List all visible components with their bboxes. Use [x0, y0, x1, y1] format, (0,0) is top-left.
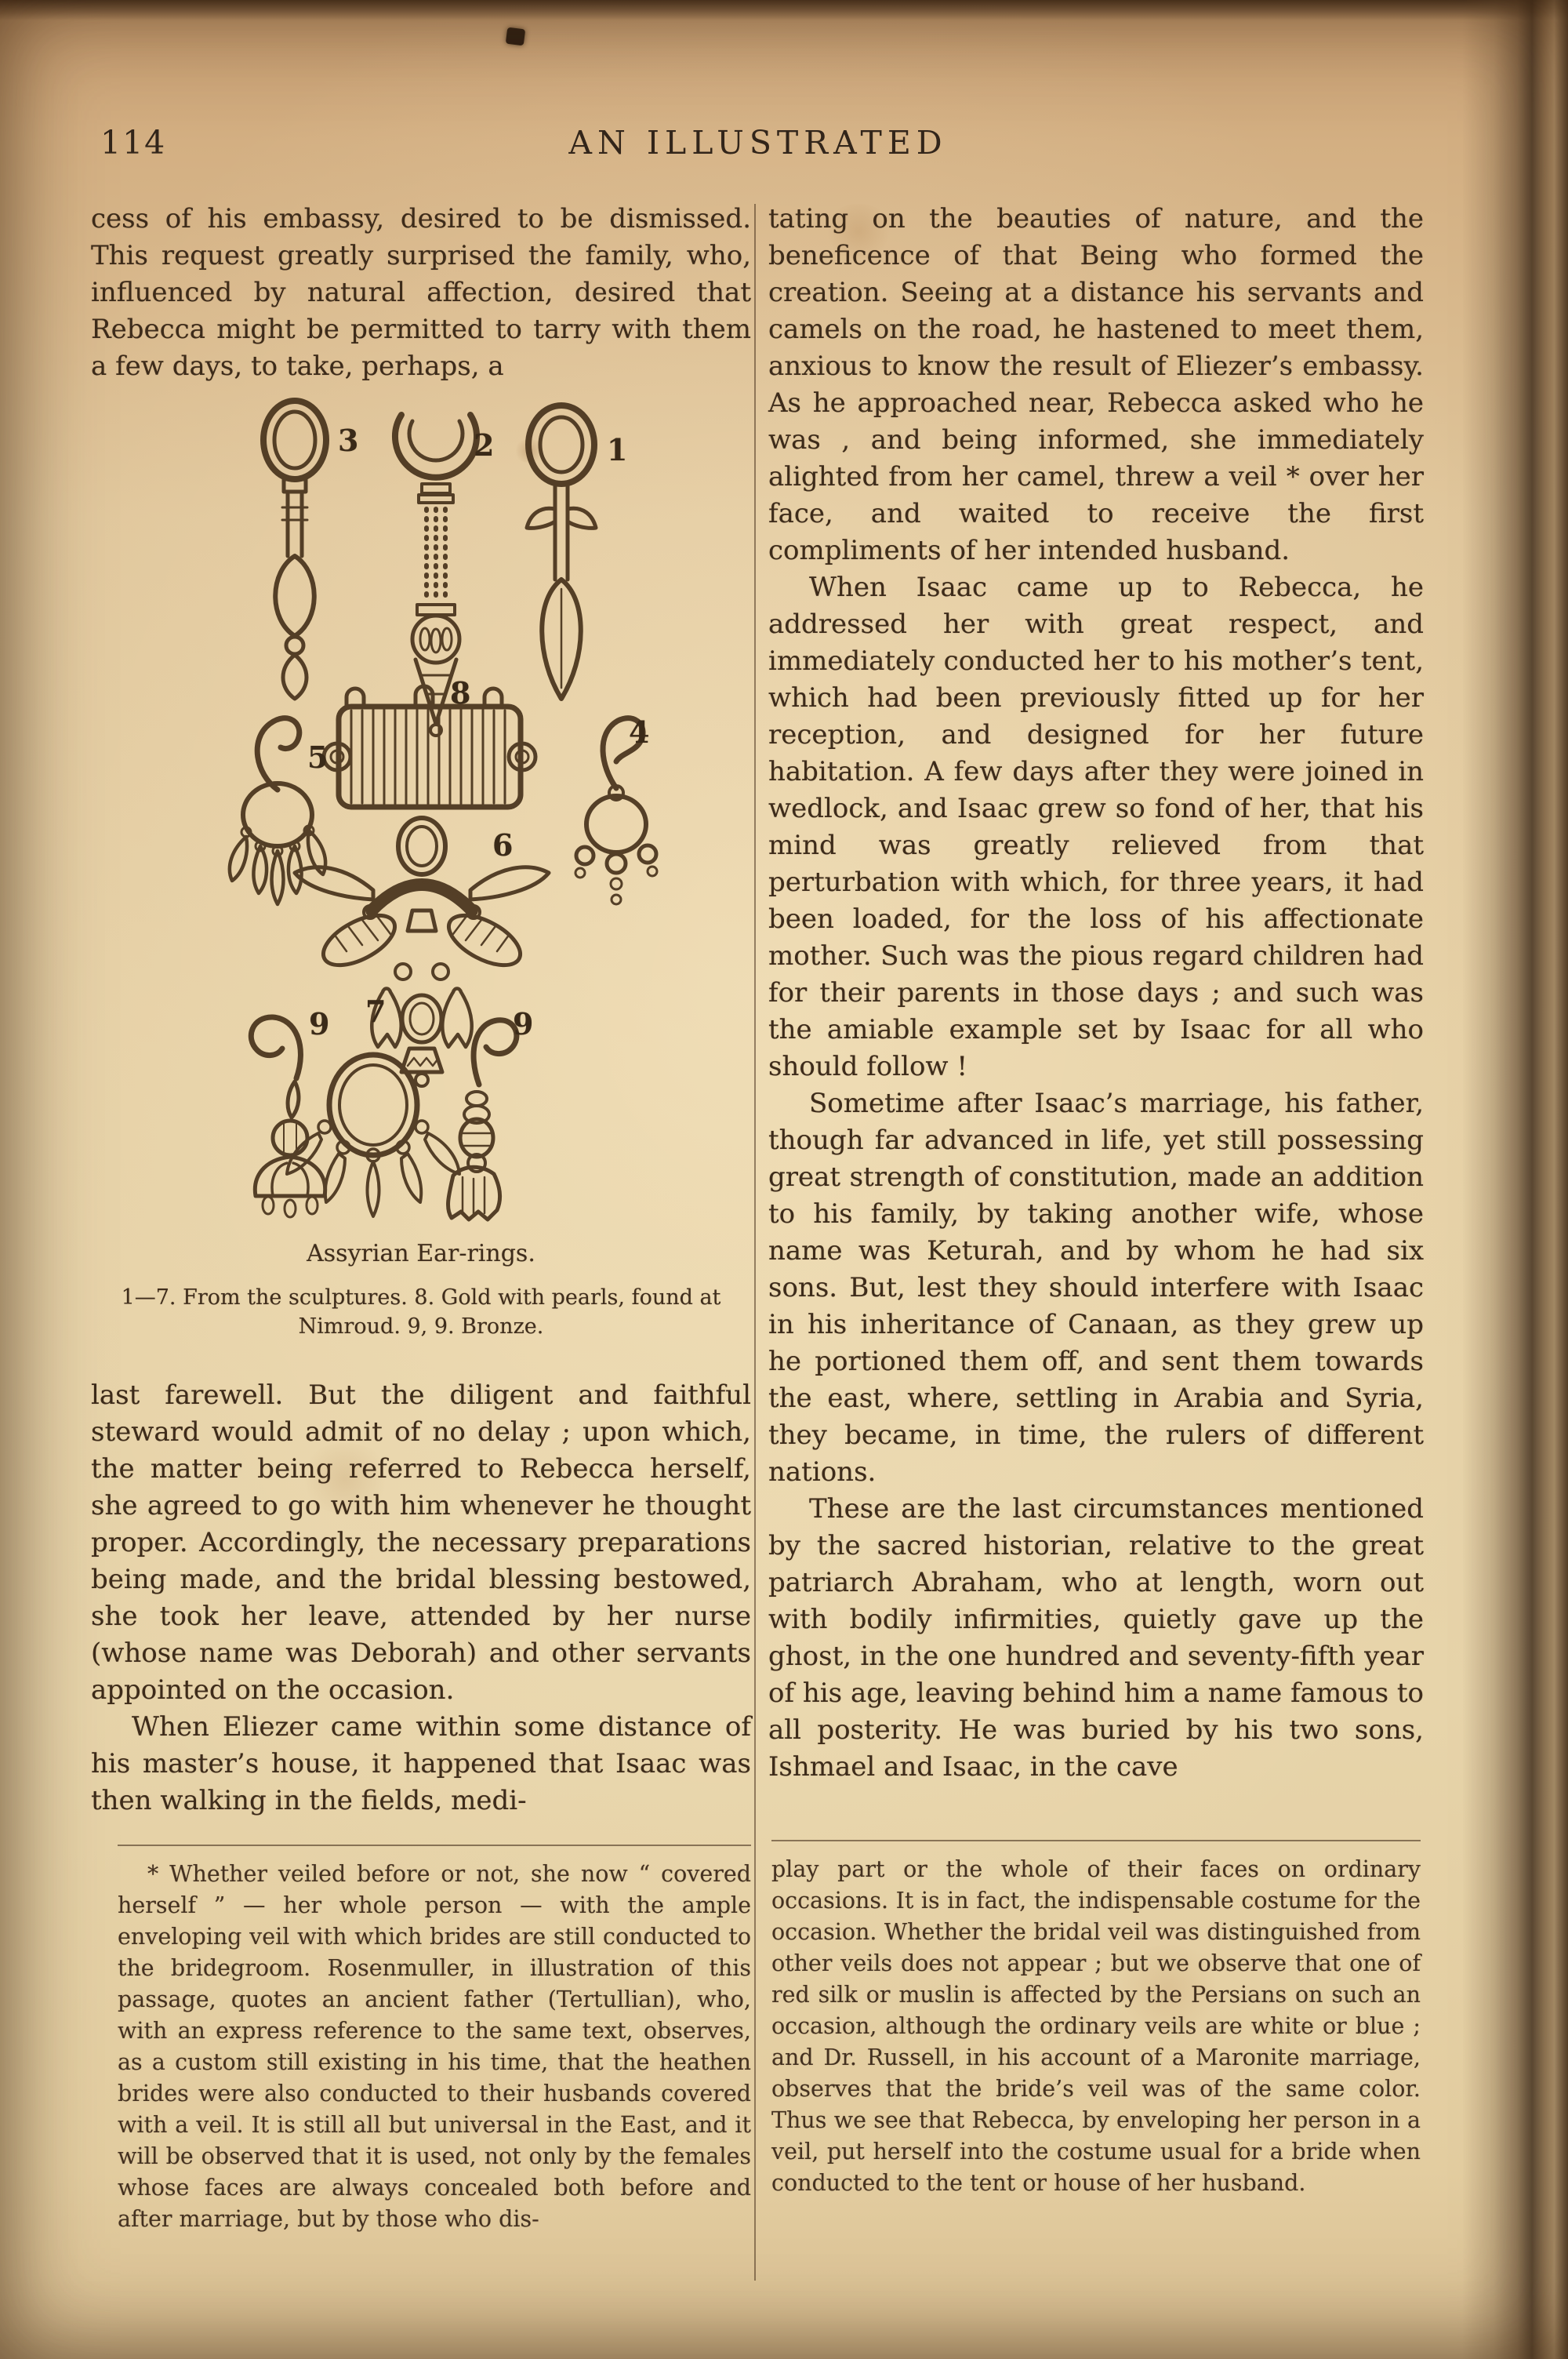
figure-number: 2: [474, 431, 494, 460]
ink-blot: [506, 27, 525, 46]
figure-number: 6: [492, 831, 513, 860]
page-header: 114 AN ILLUSTRATED: [93, 124, 1424, 171]
footnote-left: * Whether veiled before or not, she now …: [118, 1845, 751, 2235]
footnote-right: play part or the whole of their faces on…: [771, 1840, 1421, 2199]
figure-number: 9: [309, 1009, 329, 1039]
earrings-illustration: [177, 391, 726, 1224]
figure-number: 1: [607, 435, 627, 465]
running-title: AN ILLUSTRATED: [93, 124, 1424, 162]
figure-number: 8: [450, 678, 470, 708]
figure-caption-line: 1—7. From the sculptures. 8. Gold with p…: [91, 1283, 751, 1312]
figure-number: 4: [629, 718, 649, 747]
right-column: tating on the beauties of nature, and th…: [768, 201, 1424, 1786]
body-paragraph: When Eliezer came within some distance o…: [91, 1709, 751, 1819]
figure-caption: Assyrian Ear-rings. 1—7. From the sculpt…: [91, 1235, 751, 1341]
column-divider-rule: [754, 204, 756, 2281]
scan-top-edge: [0, 0, 1568, 20]
body-paragraph: When Isaac came up to Rebecca, he addres…: [768, 569, 1424, 1085]
body-paragraph: last farewell. But the diligent and fait…: [91, 1377, 751, 1709]
body-paragraph: These are the last circumstances mention…: [768, 1491, 1424, 1786]
body-paragraph: tating on the beauties of nature, and th…: [768, 201, 1424, 569]
body-paragraph: Sometime after Isaac’s marriage, his fat…: [768, 1085, 1424, 1491]
book-gutter-edge: [1462, 0, 1568, 2359]
figure-number: 9: [513, 1009, 533, 1039]
figure-caption-line: Nimroud. 9, 9. Bronze.: [91, 1312, 751, 1341]
body-paragraph: cess of his embassy, desired to be dismi…: [91, 201, 751, 385]
left-column: cess of his embassy, desired to be dismi…: [91, 201, 751, 1819]
assyrian-earrings-engraving: 3 2 1 5 8 4 6 9 7 9: [177, 391, 726, 1224]
figure-number: 5: [307, 743, 328, 772]
book-page-scan: 114 AN ILLUSTRATED cess of his embassy, …: [0, 0, 1568, 2359]
figure-number: 3: [338, 426, 358, 456]
figure-caption-title: Assyrian Ear-rings.: [91, 1235, 751, 1272]
figure-number: 7: [365, 997, 386, 1027]
